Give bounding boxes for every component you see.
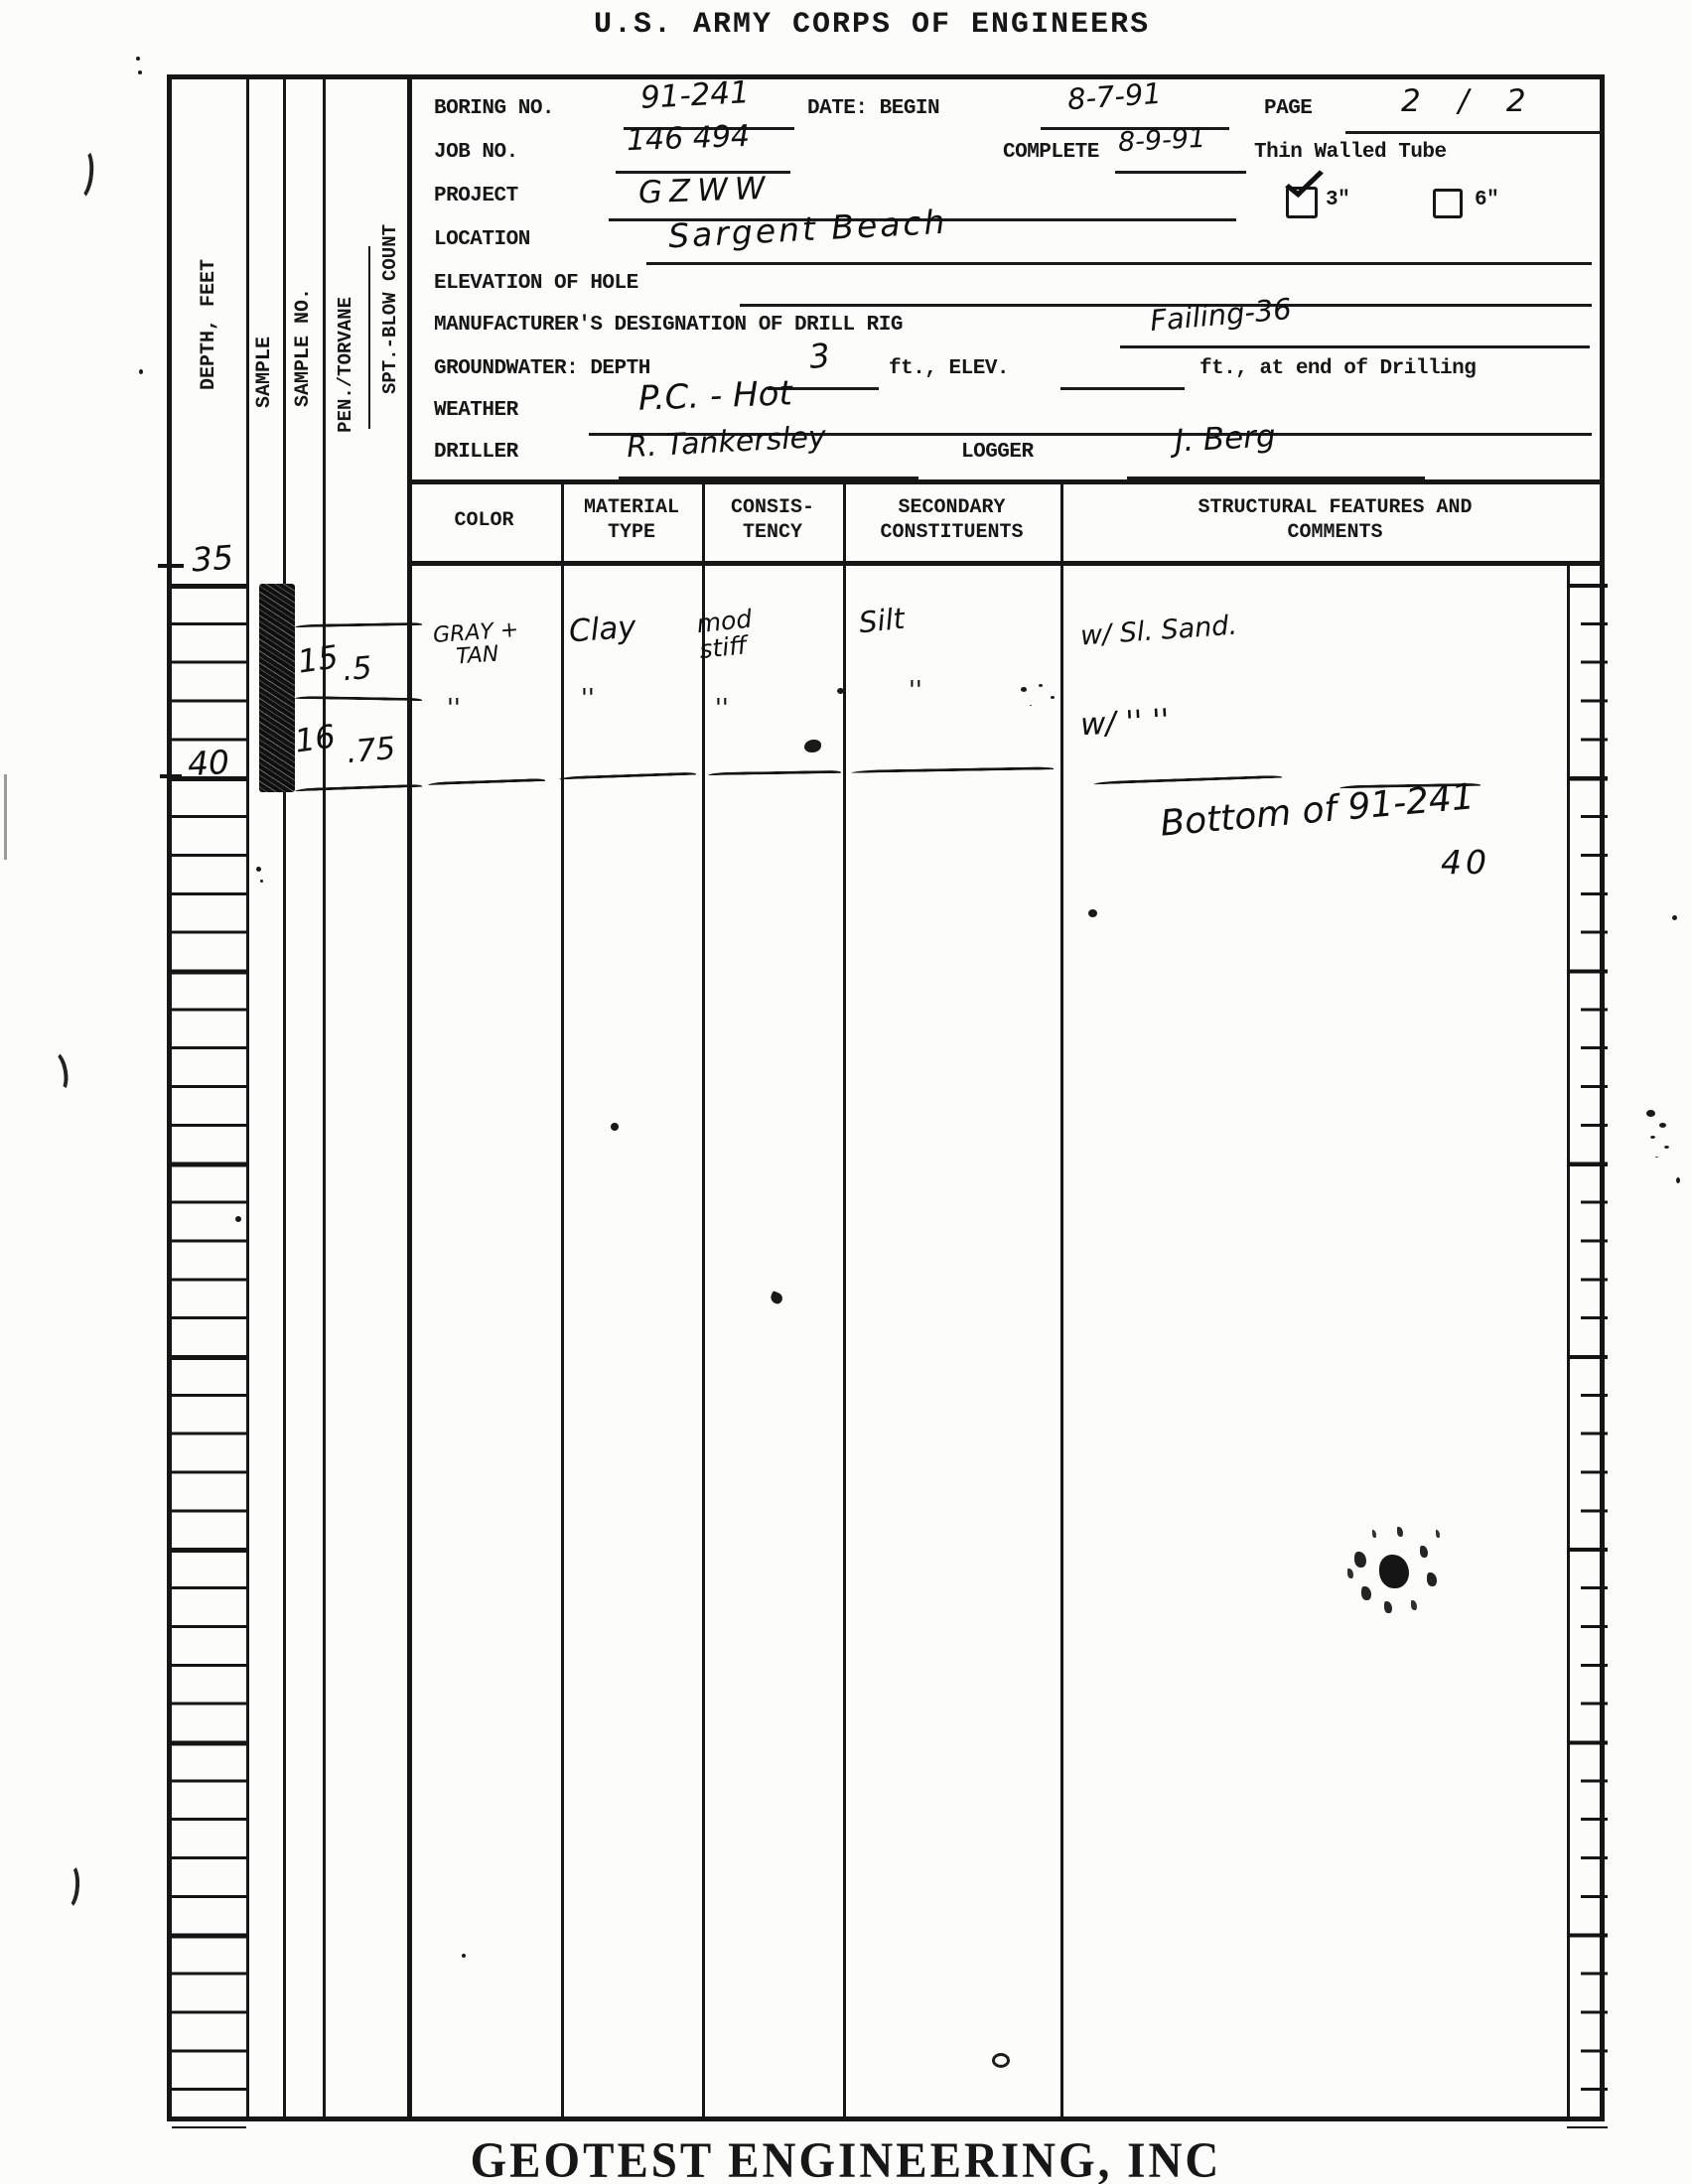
thin-walled-tube-label: Thin Walled Tube: [1254, 141, 1447, 164]
weather-label: WEATHER: [434, 399, 518, 422]
scan-edge-artifact: [4, 774, 7, 860]
separator-squiggle: [295, 622, 422, 627]
sample-recovery-bar: [259, 584, 295, 792]
col-header-consistency-text: CONSIS-TENCY: [717, 495, 828, 545]
row1-comments: w/ Sl. Sand.: [1079, 613, 1238, 651]
row1-pen-torvane: .5: [342, 652, 373, 687]
company-footer: GEOTEST ENGINEERING, INC: [0, 2132, 1692, 2184]
row2-pen-torvane: .75: [346, 733, 397, 769]
separator-squiggle: [428, 778, 545, 785]
rig-value: Failing-36: [1149, 294, 1293, 337]
ink-speck: [256, 867, 261, 872]
job-no-label: JOB NO.: [434, 141, 518, 164]
form-sheet: DEPTH, FEET SAMPLE SAMPLE NO. PEN./TORVA…: [167, 74, 1605, 2121]
gw-mid-label: ft., ELEV.: [889, 357, 1009, 380]
spt-blow-count-label: SPT.-BLOW COUNT: [379, 224, 401, 394]
location-underline: [646, 262, 1592, 265]
row2-material: '': [581, 685, 595, 711]
right-ruler-major-lines: [1567, 584, 1608, 2128]
page-label: PAGE: [1264, 97, 1312, 120]
bottom-note: Bottom of 91-241: [1159, 778, 1476, 843]
row1-color: GRAY + TAN: [430, 618, 522, 670]
pen-spt-fraction-bar: [368, 246, 370, 429]
col-header-material-text: MATERIAL TYPE: [576, 495, 687, 545]
sample-no-label: SAMPLE NO.: [292, 288, 315, 407]
stray-pen-mark: [67, 146, 96, 202]
date-begin-value: 8-7-91: [1066, 78, 1163, 115]
col-header-structural-text: STRUCTURAL FEATURES AND COMMENTS: [1197, 495, 1475, 545]
logger-value: J. Berg: [1174, 420, 1276, 458]
ink-speck: [1088, 909, 1097, 917]
tube-6in-checkbox: [1433, 189, 1463, 218]
project-value: GZWW: [637, 173, 773, 209]
boring-log-page: U.S. ARMY CORPS OF ENGINEERS DEPTH, FEET…: [0, 0, 1692, 2184]
separator-squiggle: [295, 696, 422, 701]
logger-label: LOGGER: [961, 441, 1034, 464]
bottom-note-depth: 40: [1441, 846, 1490, 881]
driller-value: R. Tankersley: [626, 422, 826, 464]
depth-mark-40: 40: [187, 746, 230, 782]
gw-elev-underline: [1060, 387, 1185, 390]
weather-value: P.C. - Hot: [637, 376, 792, 417]
ink-speck: [462, 1954, 466, 1958]
ink-speck: [611, 1123, 619, 1131]
page-value: 2 / 2: [1401, 85, 1540, 118]
pen-torvane-label: PEN./TORVANE: [335, 297, 356, 433]
row1-consistency: mod stiff: [695, 604, 779, 664]
separator-squiggle: [295, 784, 422, 791]
row2-comments: w/ '' '': [1079, 705, 1170, 742]
col-header-secondary: SECONDARY CONSTITUENTS: [843, 479, 1060, 561]
complete-label: COMPLETE: [1003, 141, 1099, 164]
driller-label: DRILLER: [434, 441, 518, 464]
rig-label: MANUFACTURER'S DESIGNATION OF DRILL RIG: [434, 314, 903, 337]
elevation-label: ELEVATION OF HOLE: [434, 272, 638, 295]
depth-35-dash: [158, 564, 184, 568]
job-no-value: 146 494: [626, 121, 750, 157]
row1-sample-no: 15: [296, 640, 341, 679]
gw-end-label: ft., at end of Drilling: [1199, 357, 1476, 380]
stray-pen-mark: [56, 1861, 80, 1910]
tube-3in-label: 3": [1326, 189, 1349, 211]
depth-40-dash: [160, 774, 182, 778]
row2-consistency: '': [715, 695, 729, 721]
side-col-pen: PEN./TORVANE: [323, 296, 368, 433]
date-begin-label: DATE: BEGIN: [807, 97, 939, 120]
stray-pen-mark: [42, 1048, 70, 1095]
margin-smudge: [1646, 1110, 1655, 1117]
side-col-depth: DEPTH, FEET: [172, 218, 246, 432]
col-header-secondary-text: SECONDARY CONSTITUENTS: [858, 495, 1047, 545]
col-header-color-text: COLOR: [454, 508, 513, 533]
ink-speck: [136, 57, 140, 61]
project-label: PROJECT: [434, 185, 518, 207]
col-header-consistency: CONSIS-TENCY: [702, 479, 843, 561]
ink-blot: [769, 1291, 783, 1305]
ink-speck: [837, 688, 844, 694]
separator-squiggle: [851, 766, 1054, 773]
ink-speck: [235, 1216, 241, 1222]
col-header-material: MATERIAL TYPE: [561, 479, 702, 561]
sample-label: SAMPLE: [253, 337, 276, 408]
tube-6in-label: 6": [1475, 189, 1498, 211]
date-complete-underline: [1115, 171, 1246, 174]
depth-feet-label: DEPTH, FEET: [198, 259, 220, 390]
divider-color-material: [561, 479, 564, 2116]
date-complete-value: 8-9-91: [1117, 125, 1206, 158]
ink-speck: [1672, 915, 1677, 920]
row1-secondary: Silt: [858, 604, 907, 638]
ink-blot: [804, 740, 821, 752]
col-header-color: COLOR: [407, 479, 561, 561]
rig-underline: [1120, 345, 1590, 348]
page-underline: [1345, 131, 1602, 134]
col-header-structural: STRUCTURAL FEATURES AND COMMENTS: [1060, 479, 1610, 561]
page-title: U.S. ARMY CORPS OF ENGINEERS: [594, 8, 1150, 42]
separator-squiggle: [1093, 775, 1282, 785]
divider-material-consistency: [702, 479, 705, 2116]
depth-ladder: [172, 584, 246, 2128]
location-label: LOCATION: [434, 228, 530, 251]
row2-secondary: '': [909, 677, 922, 703]
gw-depth-value: 3: [807, 339, 832, 375]
boring-no-label: BORING NO.: [434, 97, 554, 120]
colheader-bottom-rule: [407, 561, 1600, 566]
side-col-spt: SPT.-BLOW COUNT: [372, 187, 407, 433]
boring-no-value: 91-241: [639, 76, 750, 114]
row1-material: Clay: [568, 612, 637, 648]
separator-squiggle: [559, 772, 696, 780]
ink-smudge: [992, 2053, 1010, 2068]
divider-consistency-secondary: [843, 479, 846, 2116]
row2-sample-no: 16: [293, 720, 338, 758]
depth-mark-35: 35: [191, 541, 234, 578]
divider-pen-main: [407, 79, 412, 2116]
row2-color: '': [447, 695, 461, 721]
ink-splatter: [1379, 1555, 1409, 1588]
divider-secondary-structural: [1060, 479, 1063, 2116]
separator-squiggle: [708, 770, 841, 775]
side-col-sample: SAMPLE: [246, 313, 283, 432]
groundwater-label: GROUNDWATER: DEPTH: [434, 357, 650, 380]
ink-speck: [139, 369, 143, 374]
ink-speck: [1676, 1177, 1680, 1183]
side-col-sampleno: SAMPLE NO.: [283, 263, 323, 432]
location-value: Sargent Beach: [667, 205, 948, 254]
ink-speck: [1021, 687, 1027, 692]
